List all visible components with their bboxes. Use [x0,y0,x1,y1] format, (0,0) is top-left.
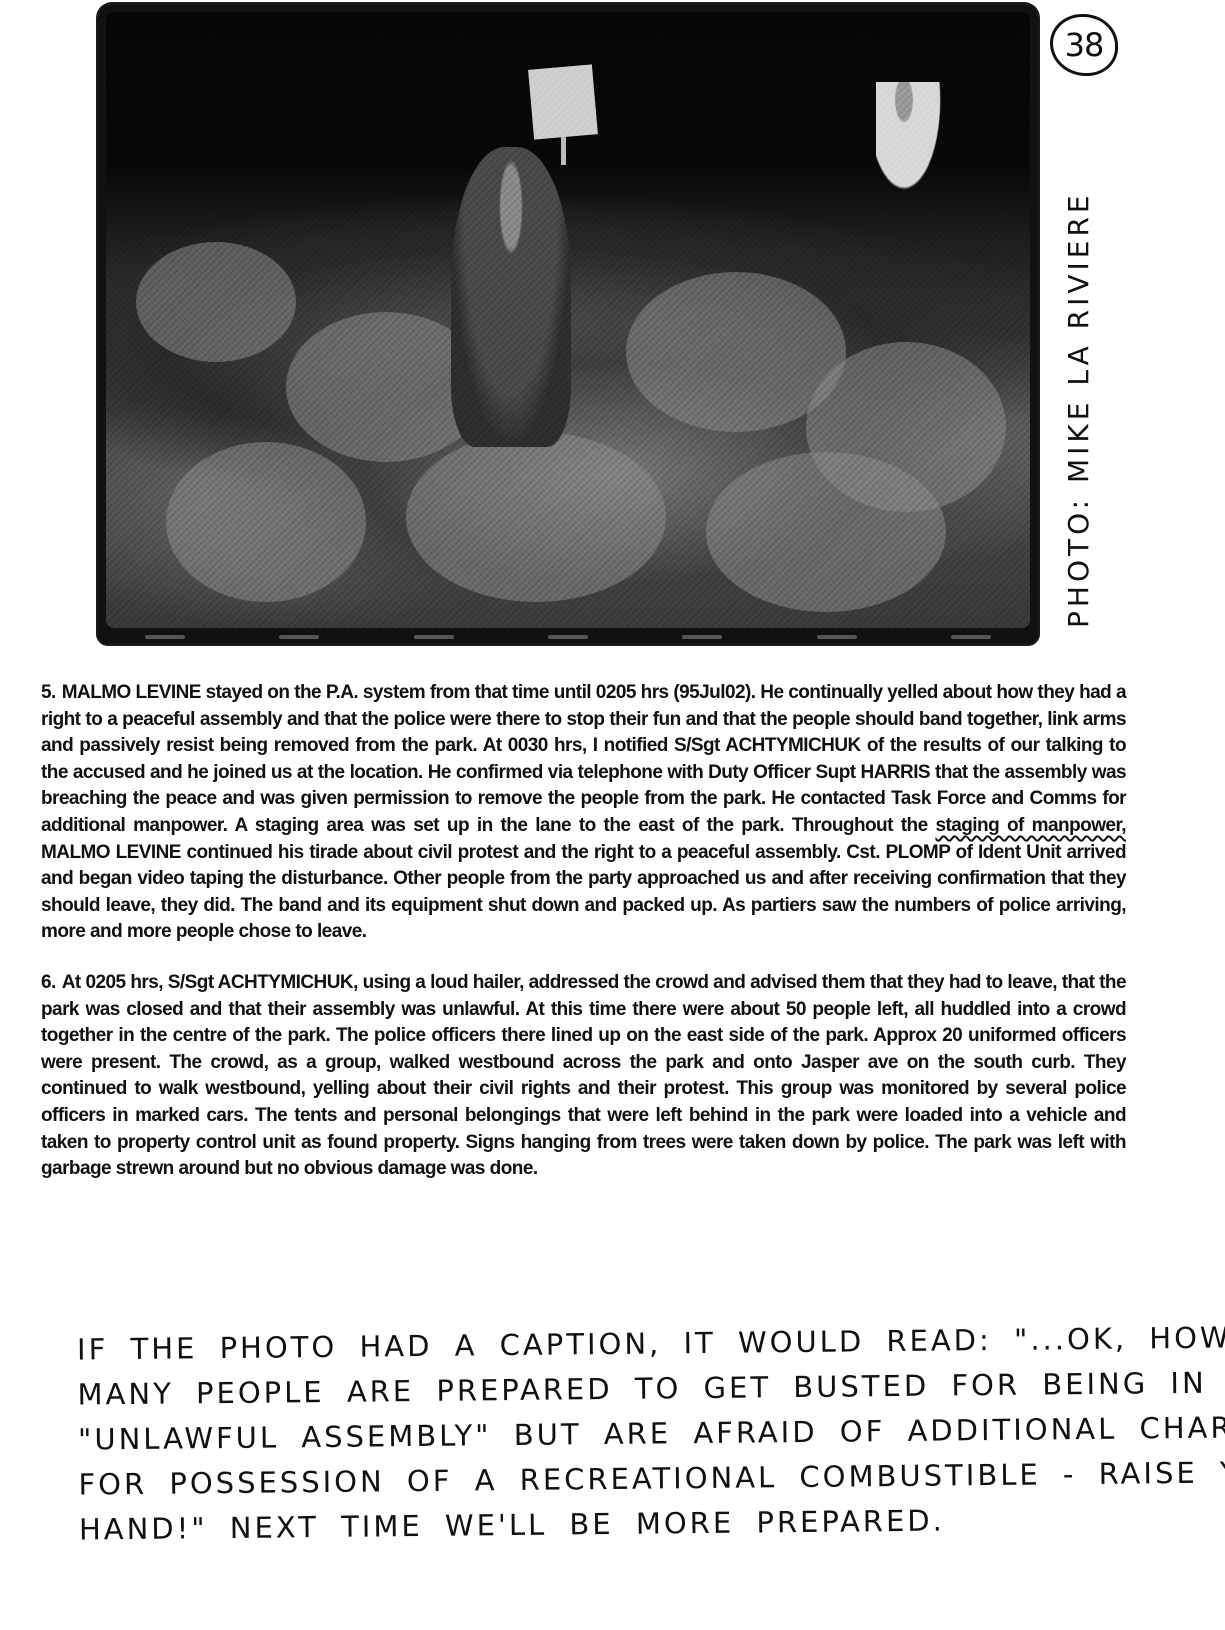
paragraph-6: 6.At 0205 hrs, S/Sgt ACHTYMICHUK, using … [41,970,1126,1183]
report-body: 5.MALMO LEVINE stayed on the P.A. system… [41,680,1126,1207]
crowd-figure [706,452,946,612]
crowd-photo [98,4,1038,644]
crowd-figure [286,312,486,462]
paragraph-number: 6. [41,972,56,993]
paragraph-5: 5.MALMO LEVINE stayed on the P.A. system… [41,680,1126,946]
crowd-figure [136,242,296,362]
handwritten-underline: staging of manpower, [935,815,1126,836]
crowd-figure [166,442,366,602]
crowd-figure [406,432,666,602]
speaker-figure [451,147,571,447]
paragraph-text: MALMO LEVINE continued his tirade about … [41,842,1126,943]
film-edge [98,632,1038,642]
crowd-figure [626,272,846,432]
page-number: 38 [1050,14,1118,76]
photo-image-area [106,12,1030,628]
paragraph-text: At 0205 hrs, S/Sgt ACHTYMICHUK, using a … [41,972,1126,1179]
paragraph-number: 5. [41,682,56,703]
handwritten-caption: IF THE PHOTO HAD A CAPTION, IT WOULD REA… [77,1316,1139,1552]
photo-credit: PHOTO: MIKE LA RIVIERE [1062,191,1095,628]
paragraph-text: MALMO LEVINE stayed on the P.A. system f… [41,682,1126,836]
standing-figure [876,82,946,202]
page-number-text: 38 [1065,26,1104,64]
sign-stick [561,137,566,165]
crowd-figure [806,342,1006,512]
protest-sign [528,64,598,139]
